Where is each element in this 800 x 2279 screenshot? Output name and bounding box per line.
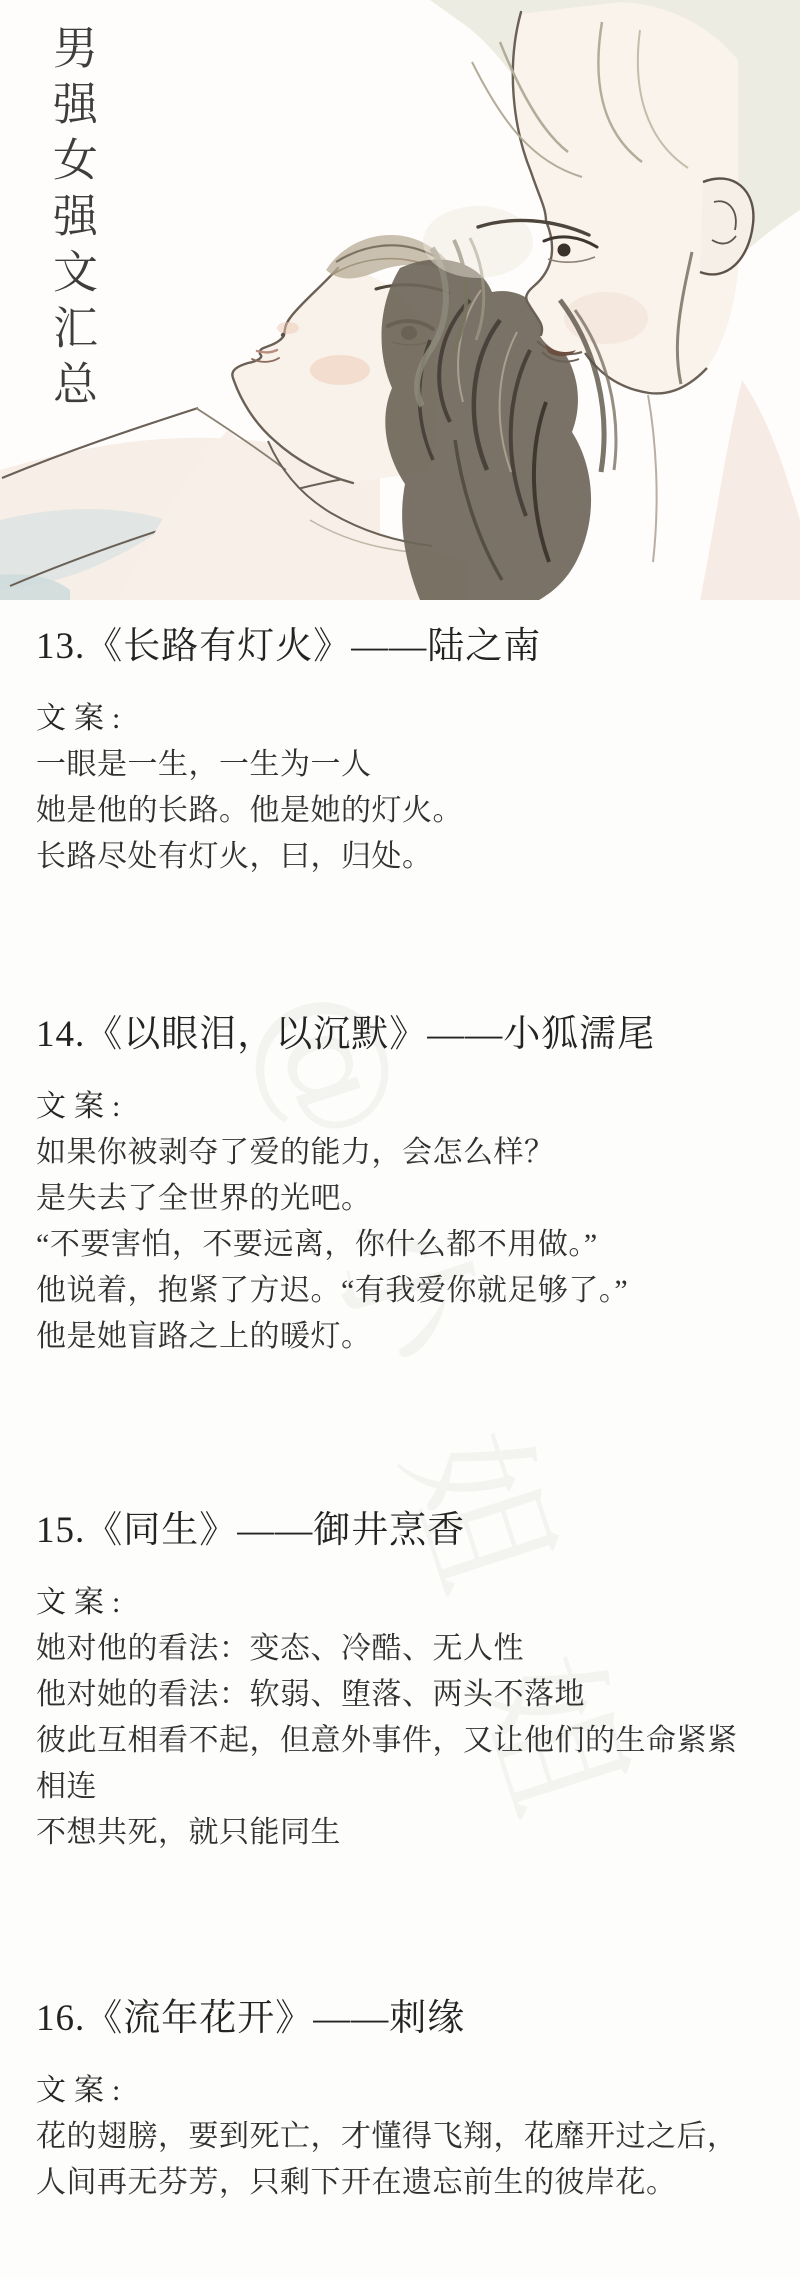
watercolor-illustration xyxy=(0,0,800,600)
entry-line: 如果你被剥夺了爱的能力，会怎么样？ xyxy=(36,1130,776,1176)
entry-line: 一眼是一生，一生为一人 xyxy=(36,742,776,788)
mid-shadow xyxy=(423,206,533,278)
entry-line: 他说着，抱紧了方迟。“有我爱你就足够了。” xyxy=(36,1268,776,1314)
entry-line: 花的翅膀，要到死亡，才懂得飞翔，花靡开过之后， xyxy=(36,2114,776,2160)
book-entry-16: 16.《流年花开》——刺缘 文案: 花的翅膀，要到死亡，才懂得飞翔，花靡开过之后… xyxy=(36,1996,776,2206)
entry-label: 文案: xyxy=(36,1084,776,1130)
page: 男强女强文汇总 @小姐姐 13.《长路有灯火》——陆之南 文案: 一眼是一生，一… xyxy=(0,0,800,2279)
entry-label: 文案: xyxy=(36,2068,776,2114)
book-entry-14: 14.《以眼泪，以沉默》——小狐濡尾 文案: 如果你被剥夺了爱的能力，会怎么样？… xyxy=(36,1012,776,1360)
entry-line: 相连 xyxy=(36,1764,776,1810)
entry-line: 不想共死，就只能同生 xyxy=(36,1810,776,1856)
entry-title: 15.《同生》——御井烹香 xyxy=(36,1508,776,1554)
entry-line: 他是她盲路之上的暖灯。 xyxy=(36,1314,776,1360)
book-list: 13.《长路有灯火》——陆之南 文案: 一眼是一生，一生为一人 她是他的长路。他… xyxy=(36,600,776,2206)
book-entry-15: 15.《同生》——御井烹香 文案: 她对他的看法：变态、冷酷、无人性 他对她的看… xyxy=(36,1508,776,1856)
entry-line: 她对他的看法：变态、冷酷、无人性 xyxy=(36,1626,776,1672)
entry-line: 是失去了全世界的光吧。 xyxy=(36,1176,776,1222)
book-entry-13: 13.《长路有灯火》——陆之南 文案: 一眼是一生，一生为一人 她是他的长路。他… xyxy=(36,624,776,880)
hero-illustration: 男强女强文汇总 xyxy=(0,0,800,600)
vertical-title: 男强女强文汇总 xyxy=(48,24,93,454)
entry-line: 长路尽处有灯火，曰，归处。 xyxy=(36,834,776,880)
entry-title: 13.《长路有灯火》——陆之南 xyxy=(36,624,776,670)
entry-line: 她是他的长路。他是她的灯火。 xyxy=(36,788,776,834)
entry-title: 16.《流年花开》——刺缘 xyxy=(36,1996,776,2042)
entry-title: 14.《以眼泪，以沉默》——小狐濡尾 xyxy=(36,1012,776,1058)
entry-line: 他对她的看法：软弱、堕落、两头不落地 xyxy=(36,1672,776,1718)
entry-line: 人间再无芬芳，只剩下开在遗忘前生的彼岸花。 xyxy=(36,2160,776,2206)
entry-label: 文案: xyxy=(36,1580,776,1626)
entry-line: “不要害怕，不要远离，你什么都不用做。” xyxy=(36,1222,776,1268)
entry-label: 文案: xyxy=(36,696,776,742)
entry-line: 彼此互相看不起，但意外事件，又让他们的生命紧紧 xyxy=(36,1718,776,1764)
